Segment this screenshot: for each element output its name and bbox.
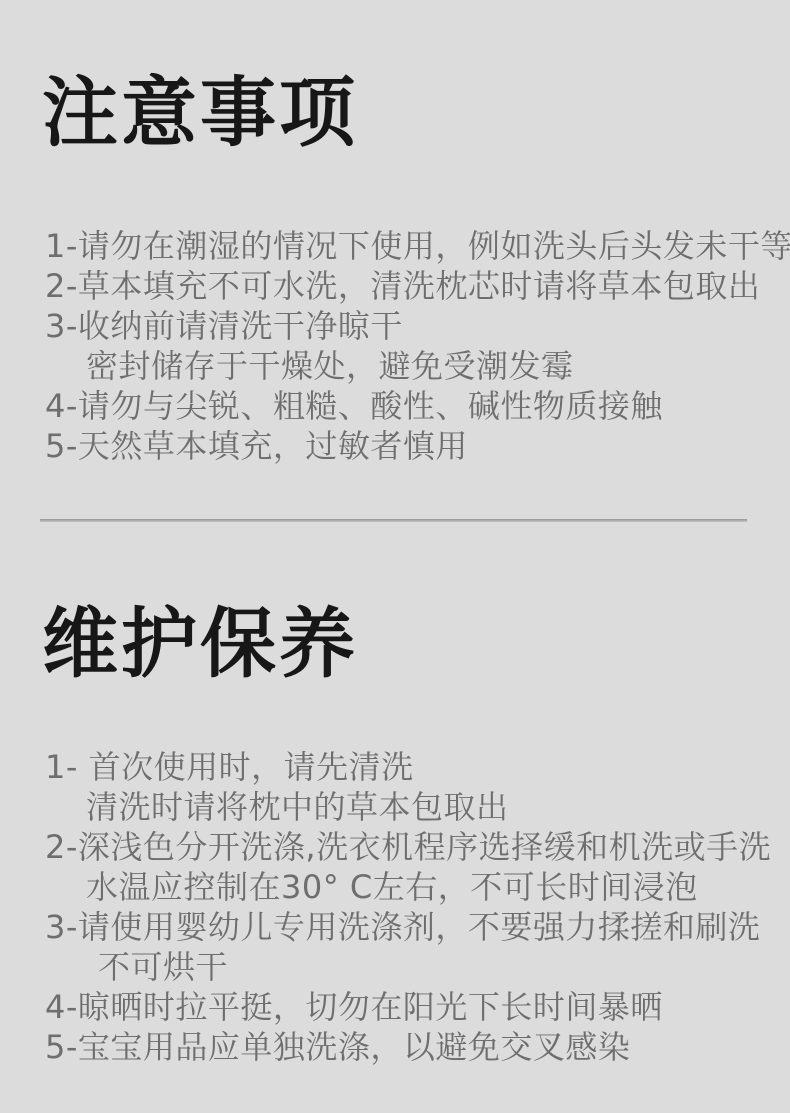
section-title-maintenance: 维护保养 [42, 601, 358, 686]
instruction-line: 清洗时请将枕中的草本包取出 [45, 787, 770, 827]
instruction-line: 2-深浅色分开洗涤,洗衣机程序选择缓和机洗或手洗 [45, 827, 770, 867]
maintenance-list: 1- 首次使用时，请先清洗清洗时请将枕中的草本包取出2-深浅色分开洗涤,洗衣机程… [45, 747, 770, 1067]
instruction-line: 4-请勿与尖锐、粗糙、酸性、碱性物质接触 [45, 386, 770, 426]
instruction-line: 不可烘干 [45, 947, 770, 987]
instruction-line: 2-草本填充不可水洗，清洗枕芯时请将草本包取出 [45, 266, 770, 306]
instruction-line: 1-请勿在潮湿的情况下使用，例如洗头后头发未干等 [45, 226, 770, 266]
instruction-line: 4-晾晒时拉平挺，切勿在阳光下长时间暴晒 [45, 987, 770, 1027]
instruction-line: 3-收纳前请清洗干净晾干 [45, 306, 770, 346]
instruction-line: 水温应控制在30° C左右，不可长时间浸泡 [45, 867, 770, 907]
instruction-line: 5-宝宝用品应单独洗涤，以避免交叉感染 [45, 1027, 770, 1067]
section-title-precautions: 注意事项 [42, 70, 358, 155]
instruction-line: 3-请使用婴幼儿专用洗涤剂，不要强力揉搓和刷洗 [45, 907, 770, 947]
precautions-list: 1-请勿在潮湿的情况下使用，例如洗头后头发未干等2-草本填充不可水洗，清洗枕芯时… [45, 226, 770, 466]
instruction-line: 5-天然草本填充，过敏者慎用 [45, 426, 770, 466]
product-care-info-page: 注意事项 1-请勿在潮湿的情况下使用，例如洗头后头发未干等2-草本填充不可水洗，… [0, 0, 790, 1113]
instruction-line: 密封储存于干燥处，避免受潮发霉 [45, 346, 770, 386]
instruction-line: 1- 首次使用时，请先清洗 [45, 747, 770, 787]
section-divider [40, 519, 747, 522]
